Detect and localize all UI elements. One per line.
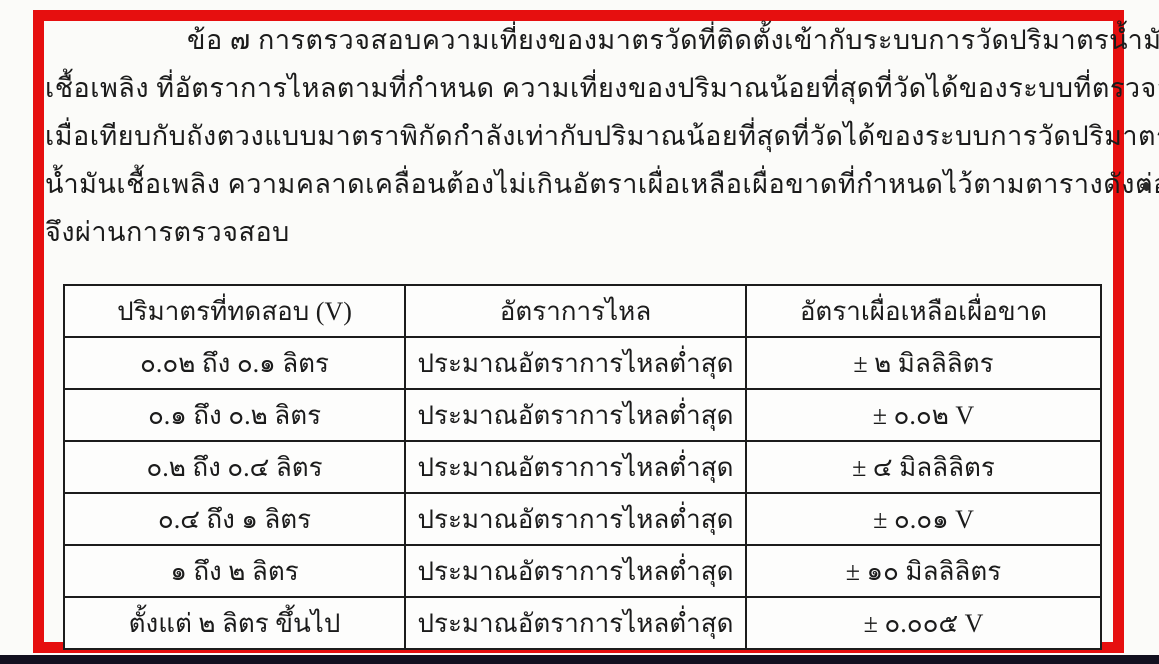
paragraph-line-3: เมื่อเทียบกับถังตวงแบบมาตราพิกัดกำลังเท่… [45,112,1113,160]
paragraph-line-5: จึงผ่านการตรวจสอบ [45,208,1113,256]
scanned-document-page: ข้อ ๗ การตรวจสอบความเที่ยงของมาตรวัดที่ต… [0,0,1159,664]
cell-tolerance: ± ๐.๐๑ V [746,493,1101,545]
table-row: ๐.๐๒ ถึง ๐.๑ ลิตร ประมาณอัตราการไหลต่ำสุ… [64,337,1101,389]
cell-volume: ๐.๐๒ ถึง ๐.๑ ลิตร [64,337,405,389]
document-content: ข้อ ๗ การตรวจสอบความเที่ยงของมาตรวัดที่ต… [45,16,1113,256]
cell-tolerance: ± ๔ มิลลิลิตร [746,441,1101,493]
header-tolerance: อัตราเผื่อเหลือเผื่อขาด [746,285,1101,337]
cell-flow-rate: ประมาณอัตราการไหลต่ำสุด [405,441,746,493]
table-row: ๐.๑ ถึง ๐.๒ ลิตร ประมาณอัตราการไหลต่ำสุด… [64,389,1101,441]
header-flow-rate: อัตราการไหล [405,285,746,337]
cell-tolerance: ± ๒ มิลลิลิตร [746,337,1101,389]
table-row: ๑ ถึง ๒ ลิตร ประมาณอัตราการไหลต่ำสุด ± ๑… [64,545,1101,597]
cell-volume: ๐.๑ ถึง ๐.๒ ลิตร [64,389,405,441]
scan-artifact-dot [1143,182,1149,191]
paragraph-line-2: เชื้อเพลิง ที่อัตราการไหลตามที่กำหนด ควา… [45,64,1113,112]
cell-tolerance: ± ๑๐ มิลลิลิตร [746,545,1101,597]
tolerance-table: ปริมาตรที่ทดสอบ (V) อัตราการไหล อัตราเผื… [63,284,1102,650]
cell-volume: ตั้งแต่ ๒ ลิตร ขึ้นไป [64,597,405,649]
header-tested-volume: ปริมาตรที่ทดสอบ (V) [64,285,405,337]
cell-volume: ๐.๔ ถึง ๑ ลิตร [64,493,405,545]
bottom-scan-bar [0,655,1159,664]
paragraph-line-1: ข้อ ๗ การตรวจสอบความเที่ยงของมาตรวัดที่ต… [45,16,1113,64]
cell-tolerance: ± ๐.๐๐๕ V [746,597,1101,649]
table-header-row: ปริมาตรที่ทดสอบ (V) อัตราการไหล อัตราเผื… [64,285,1101,337]
paragraph-line-4: น้ำมันเชื้อเพลิง ความคลาดเคลื่อนต้องไม่เ… [45,160,1113,208]
table-row: ๐.๔ ถึง ๑ ลิตร ประมาณอัตราการไหลต่ำสุด ±… [64,493,1101,545]
table-row: ๐.๒ ถึง ๐.๔ ลิตร ประมาณอัตราการไหลต่ำสุด… [64,441,1101,493]
cell-flow-rate: ประมาณอัตราการไหลต่ำสุด [405,597,746,649]
cell-flow-rate: ประมาณอัตราการไหลต่ำสุด [405,389,746,441]
cell-volume: ๑ ถึง ๒ ลิตร [64,545,405,597]
cell-volume: ๐.๒ ถึง ๐.๔ ลิตร [64,441,405,493]
cell-flow-rate: ประมาณอัตราการไหลต่ำสุด [405,337,746,389]
cell-flow-rate: ประมาณอัตราการไหลต่ำสุด [405,545,746,597]
clause-7-paragraph: ข้อ ๗ การตรวจสอบความเที่ยงของมาตรวัดที่ต… [45,16,1113,256]
cell-tolerance: ± ๐.๐๒ V [746,389,1101,441]
table-row: ตั้งแต่ ๒ ลิตร ขึ้นไป ประมาณอัตราการไหลต… [64,597,1101,649]
cell-flow-rate: ประมาณอัตราการไหลต่ำสุด [405,493,746,545]
